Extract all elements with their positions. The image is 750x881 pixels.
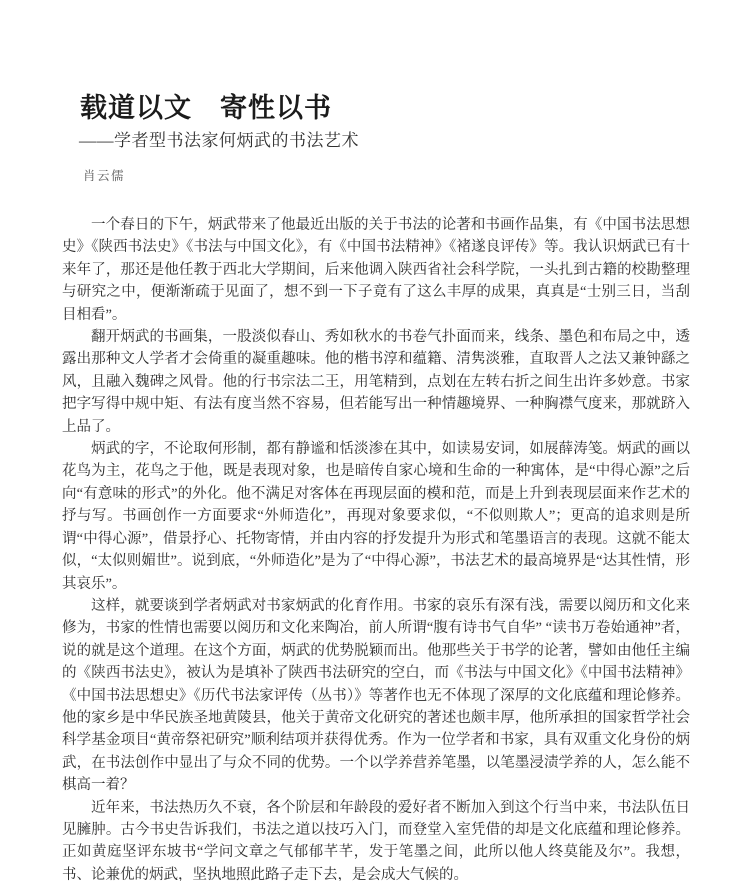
paragraph: 翻开炳武的书画集，一股淡似春山、秀如秋水的书卷气扑面而来，线条、墨色和布局之中，…: [62, 326, 690, 438]
paragraph: 近年来，书法热历久不衰，各个阶层和年龄段的爱好者不断加入到这个行当中来，书法队伍…: [62, 797, 690, 881]
paragraph: 炳武的字，不论取何形制，都有静谧和恬淡渗在其中，如读易安词，如展薛涛笺。炳武的画…: [62, 438, 690, 595]
article-author-byline: 肖云儒: [83, 169, 125, 184]
paragraph: 一个春日的下午，炳武带来了他最近出版的关于书法的论著和书画作品集，有《中国书法思…: [62, 214, 690, 326]
article-title: 载道以文 寄性以书: [80, 94, 332, 124]
article-body: 一个春日的下午，炳武带来了他最近出版的关于书法的论著和书画作品集，有《中国书法思…: [62, 214, 690, 881]
document-page: 载道以文 寄性以书 ——学者型书法家何炳武的书法艺术 肖云儒 一个春日的下午，炳…: [0, 0, 750, 881]
paragraph: 这样，就要谈到学者炳武对书家炳武的化育作用。书家的哀乐有深有浅，需要以阅历和文化…: [62, 595, 690, 797]
article-subtitle: ——学者型书法家何炳武的书法艺术: [79, 131, 359, 151]
